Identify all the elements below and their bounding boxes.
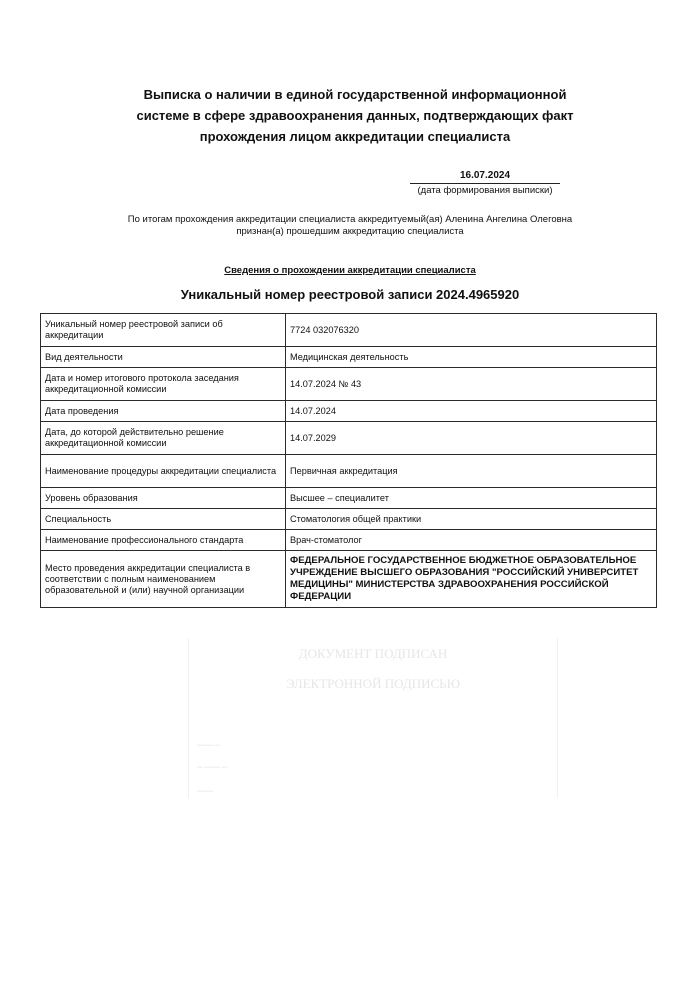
intro-line: признан(а) прошедшим аккредитацию специа… xyxy=(60,226,640,238)
table-row: Специальность Стоматология общей практик… xyxy=(41,509,657,530)
accreditation-table: Уникальный номер реестровой записи об ак… xyxy=(40,313,657,608)
table-row: Наименование процедуры аккредитации спец… xyxy=(41,455,657,488)
row-value: 14.07.2029 xyxy=(286,422,657,455)
row-label: Уровень образования xyxy=(41,488,286,509)
table-row: Уровень образования Высшее – специалитет xyxy=(41,488,657,509)
document-title: Выписка о наличии в единой государственн… xyxy=(120,84,590,147)
table-row: Место проведения аккредитации специалист… xyxy=(41,551,657,608)
row-value: Высшее – специалитет xyxy=(286,488,657,509)
table-row: Наименование профессионального стандарта… xyxy=(41,530,657,551)
title-line: системе в сфере здравоохранения данных, … xyxy=(120,105,590,126)
table-row: Дата, до которой действительно решение а… xyxy=(41,422,657,455)
intro-line: По итогам прохождения аккредитации специ… xyxy=(60,214,640,226)
stamp-line: ДОКУМЕНТ ПОДПИСАН xyxy=(189,646,557,662)
table-row: Вид деятельности Медицинская деятельност… xyxy=(41,347,657,368)
row-label: Дата, до которой действительно решение а… xyxy=(41,422,286,455)
row-label: Вид деятельности xyxy=(41,347,286,368)
row-label: Наименование процедуры аккредитации спец… xyxy=(41,455,286,488)
row-value: 14.07.2024 № 43 xyxy=(286,368,657,401)
row-value: Первичная аккредитация xyxy=(286,455,657,488)
table-row: Уникальный номер реестровой записи об ак… xyxy=(41,314,657,347)
table-row: Дата и номер итогового протокола заседан… xyxy=(41,368,657,401)
stamp-faded-row: ▁▁▁ ▁ xyxy=(197,738,220,746)
title-line: Выписка о наличии в единой государственн… xyxy=(120,84,590,105)
issue-date-block: 16.07.2024 (дата формирования выписки) xyxy=(410,170,560,197)
stamp-line: ЭЛЕКТРОННОЙ ПОДПИСЬЮ xyxy=(189,676,557,692)
issue-date-caption: (дата формирования выписки) xyxy=(410,184,560,197)
row-label: Дата проведения xyxy=(41,401,286,422)
row-value: 14.07.2024 xyxy=(286,401,657,422)
stamp-faded-row: ▁▁▁ xyxy=(197,784,213,792)
electronic-signature-stamp: ДОКУМЕНТ ПОДПИСАН ЭЛЕКТРОННОЙ ПОДПИСЬЮ ▁… xyxy=(188,638,558,798)
table-row: Дата проведения 14.07.2024 xyxy=(41,401,657,422)
row-label: Место проведения аккредитации специалист… xyxy=(41,551,286,608)
row-value: Врач-стоматолог xyxy=(286,530,657,551)
title-line: прохождения лицом аккредитации специалис… xyxy=(120,126,590,147)
intro-text: По итогам прохождения аккредитации специ… xyxy=(60,214,640,238)
stamp-faded-row: ▁ ▁▁▁ ▁ xyxy=(197,760,227,768)
row-value: 7724 032076320 xyxy=(286,314,657,347)
issue-date: 16.07.2024 xyxy=(410,170,560,184)
row-label: Уникальный номер реестровой записи об ак… xyxy=(41,314,286,347)
row-value: Стоматология общей практики xyxy=(286,509,657,530)
row-label: Специальность xyxy=(41,509,286,530)
row-value: Медицинская деятельность xyxy=(286,347,657,368)
row-label: Наименование профессионального стандарта xyxy=(41,530,286,551)
row-label: Дата и номер итогового протокола заседан… xyxy=(41,368,286,401)
section-heading: Сведения о прохождении аккредитации спец… xyxy=(150,265,550,276)
registry-number: Уникальный номер реестровой записи 2024.… xyxy=(100,287,600,302)
row-value-organization: ФЕДЕРАЛЬНОЕ ГОСУДАРСТВЕННОЕ БЮДЖЕТНОЕ ОБ… xyxy=(286,551,657,608)
